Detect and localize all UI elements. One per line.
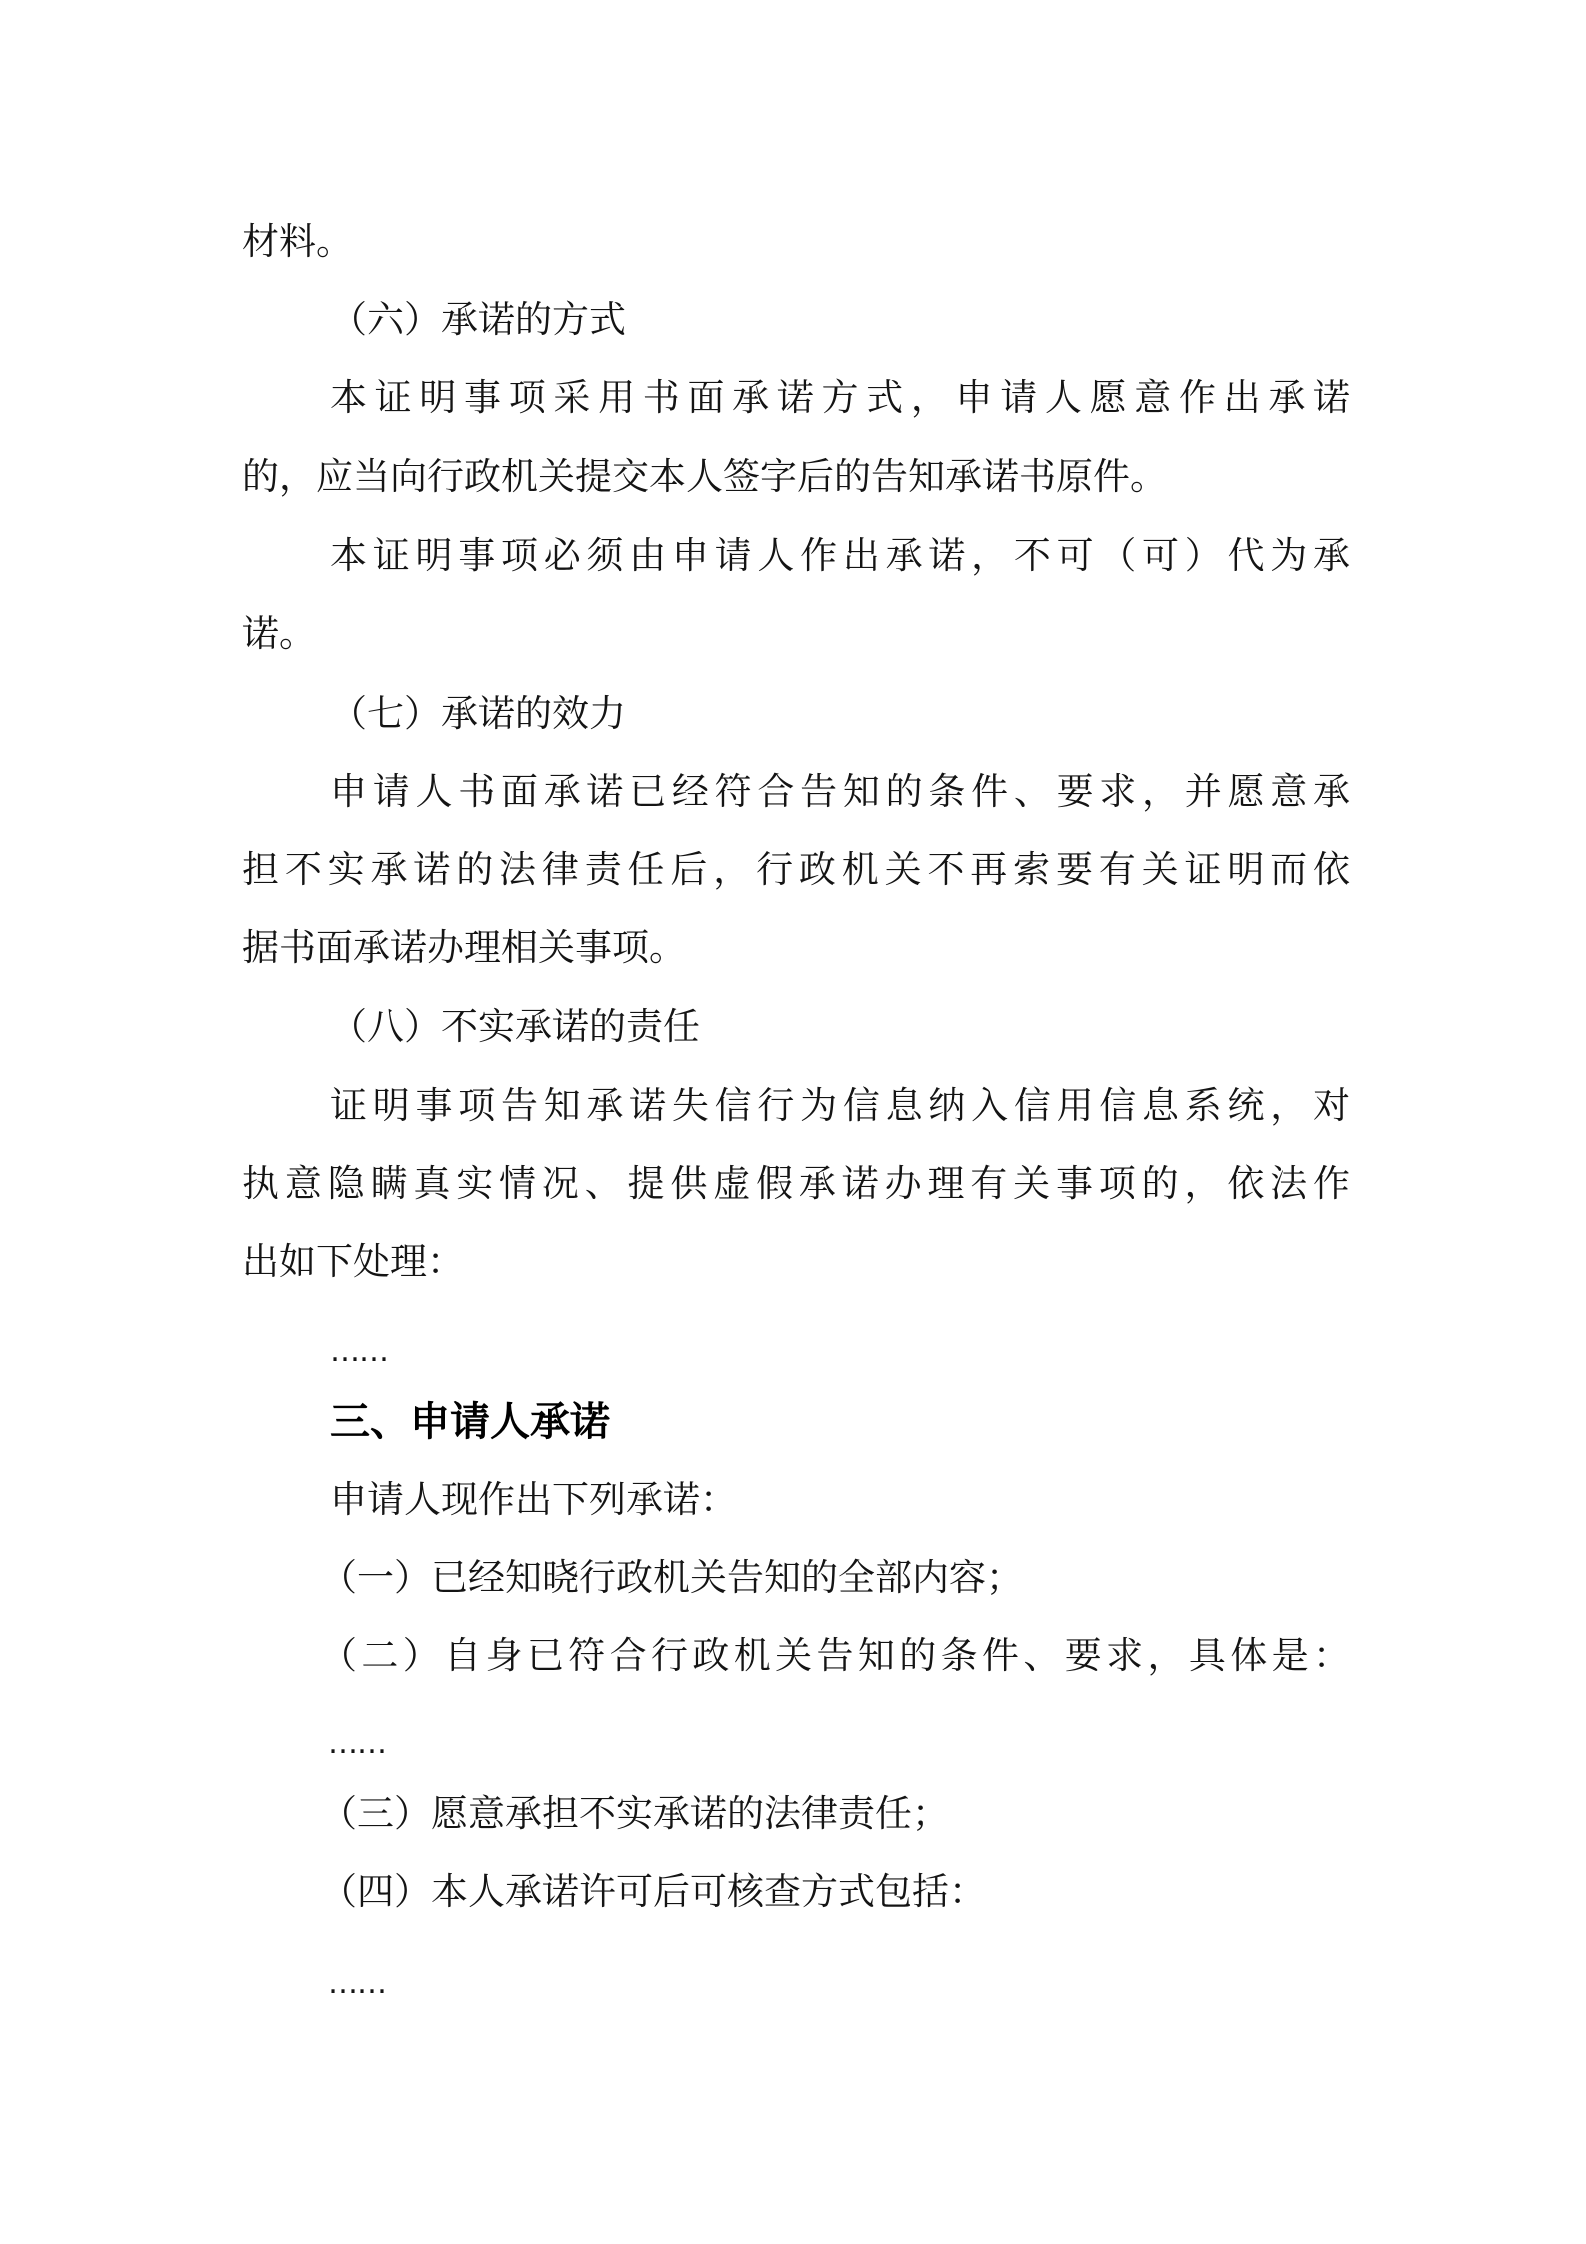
ellipsis: …… [330, 1328, 388, 1376]
paragraph-line: 担不实承诺的法律责任后，行政机关不再索要有关证明而依 [242, 846, 1350, 894]
paragraph-line: 申请人书面承诺已经符合告知的条件、要求，并愿意承 [330, 768, 1350, 816]
paragraph-continuation: 材料。 [242, 218, 353, 266]
commitment-item-4: （四）本人承诺许可后可核查方式包括： [320, 1868, 986, 1916]
paragraph-line: 证明事项告知承诺失信行为信息纳入信用信息系统，对 [330, 1082, 1350, 1130]
paragraph-line: 诺。 [242, 610, 316, 658]
paragraph-line: 执意隐瞒真实情况、提供虚假承诺办理有关事项的，依法作 [242, 1160, 1350, 1208]
ellipsis: …… [328, 1960, 386, 2008]
subheading-commitment-effect: （七）承诺的效力 [330, 690, 626, 738]
paragraph-line: 申请人现作出下列承诺： [330, 1476, 737, 1524]
document-page: 材料。 （六）承诺的方式 本证明事项采用书面承诺方式，申请人愿意作出承诺 的，应… [0, 0, 1586, 2244]
paragraph-line: 据书面承诺办理相关事项。 [242, 924, 686, 972]
subheading-false-commitment-liability: （八）不实承诺的责任 [330, 1003, 700, 1051]
commitment-item-2: （二）自身已符合行政机关告知的条件、要求，具体是： [320, 1632, 1350, 1680]
ellipsis: …… [328, 1720, 386, 1768]
paragraph-line: 出如下处理： [242, 1238, 464, 1286]
paragraph-line: 的，应当向行政机关提交本人签字后的告知承诺书原件。 [242, 453, 1167, 501]
subheading-commitment-method: （六）承诺的方式 [330, 296, 626, 344]
paragraph-line: 本证明事项采用书面承诺方式，申请人愿意作出承诺 [330, 374, 1350, 422]
section-heading-applicant-commitment: 三、申请人承诺 [330, 1398, 610, 1446]
commitment-item-1: （一）已经知晓行政机关告知的全部内容； [320, 1554, 1023, 1602]
paragraph-line: 本证明事项必须由申请人作出承诺，不可（可）代为承 [330, 532, 1350, 580]
commitment-item-3: （三）愿意承担不实承诺的法律责任； [320, 1790, 949, 1838]
